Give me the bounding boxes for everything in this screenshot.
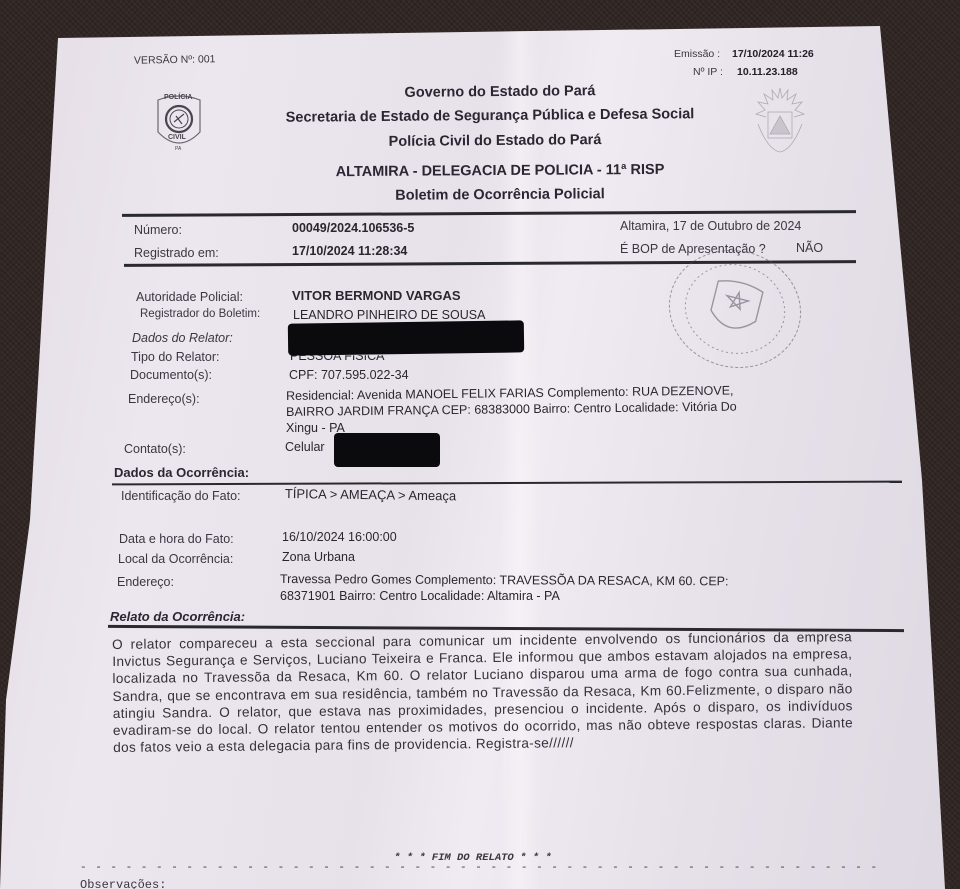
local-value: Zona Urbana bbox=[282, 550, 355, 564]
header-government: Governo do Estado do Pará bbox=[270, 82, 730, 102]
registrado-value: 17/10/2024 11:28:34 bbox=[292, 244, 407, 258]
emission-label: Emissão : bbox=[674, 48, 720, 60]
relato-text: O relator compareceu a esta seccional pa… bbox=[112, 628, 853, 756]
unit-title: ALTAMIRA - DELEGACIA DE POLICIA - 11ª RI… bbox=[260, 161, 740, 180]
ip-label: Nº IP : bbox=[693, 66, 723, 78]
contato-label: Contato(s): bbox=[124, 442, 186, 456]
occurrence-section-title: Dados da Ocorrência: bbox=[114, 465, 249, 480]
bop-answer: NÃO bbox=[796, 241, 823, 255]
badge-top-text: POLÍCIA bbox=[164, 94, 192, 101]
identificacao-label: Identificação do Fato: bbox=[121, 489, 241, 503]
tipo-relator-label: Tipo do Relator: bbox=[131, 350, 219, 364]
endereco-label: Endereço(s): bbox=[128, 392, 200, 406]
documento-value: CPF: 707.595.022-34 bbox=[289, 368, 409, 382]
autoridade-label: Autoridade Policial: bbox=[136, 290, 243, 304]
policia-civil-badge-icon: POLÍCIA CIVIL PA bbox=[152, 92, 206, 156]
observacoes-label: Observações: bbox=[80, 878, 166, 889]
contato-value: Celular bbox=[285, 440, 325, 454]
registrador-label: Registrador do Boletim: bbox=[140, 308, 260, 320]
header-policia-civil: Polícia Civil do Estado do Pará bbox=[270, 131, 720, 151]
emission-value: 17/10/2024 11:26 bbox=[732, 48, 814, 60]
numero-label: Número: bbox=[134, 223, 182, 237]
occurrence-endereco-line-1: Travessa Pedro Gomes Complemento: TRAVES… bbox=[280, 572, 729, 588]
header-secretariat: Secretaria de Estado de Segurança Públic… bbox=[240, 106, 740, 126]
dashed-separator: - - - - - - - - - - - - - - - - - - - - … bbox=[80, 862, 880, 874]
place-date: Altamira, 17 de Outubro de 2024 bbox=[620, 219, 801, 233]
dados-relator-label: Dados do Relator: bbox=[132, 331, 233, 345]
registrado-label: Registrado em: bbox=[134, 246, 219, 260]
occurrence-endereco-line-2: 68371901 Bairro: Centro Localidade: Alta… bbox=[280, 589, 560, 603]
ip-value: 10.11.23.188 bbox=[737, 66, 798, 78]
identificacao-value: TÍPICA > AMEAÇA > Ameaça bbox=[285, 486, 456, 503]
data-fato-value: 16/10/2024 16:00:00 bbox=[282, 530, 397, 544]
badge-sub-text: PA bbox=[175, 146, 181, 152]
version-label: VERSÃO Nº: 001 bbox=[134, 53, 216, 66]
autoridade-value: VITOR BERMOND VARGAS bbox=[292, 288, 461, 303]
documento-label: Documento(s): bbox=[130, 368, 212, 382]
relato-section-title: Relato da Ocorrência: bbox=[110, 609, 245, 624]
badge-bottom-text: CIVIL bbox=[168, 134, 186, 141]
local-label: Local da Ocorrência: bbox=[118, 552, 233, 566]
numero-value: 00049/2024.106536-5 bbox=[292, 221, 414, 235]
data-fato-label: Data e hora do Fato: bbox=[119, 532, 234, 546]
redacted-phone bbox=[334, 433, 440, 467]
registry-top-rule bbox=[122, 210, 856, 217]
document-title: Boletim de Ocorrência Policial bbox=[260, 185, 740, 204]
redacted-reporter-name bbox=[288, 320, 524, 355]
endereco-line-2: BAIRRO JARDIM FRANÇA CEP: 68383000 Bairr… bbox=[286, 399, 737, 419]
registrador-value: LEANDRO PINHEIRO DE SOUSA bbox=[293, 308, 485, 322]
occurrence-endereco-label: Endereço: bbox=[117, 575, 174, 589]
paper-document: VERSÃO Nº: 001 Emissão : 17/10/2024 11:2… bbox=[0, 0, 960, 889]
para-coat-of-arms-icon bbox=[748, 84, 812, 156]
